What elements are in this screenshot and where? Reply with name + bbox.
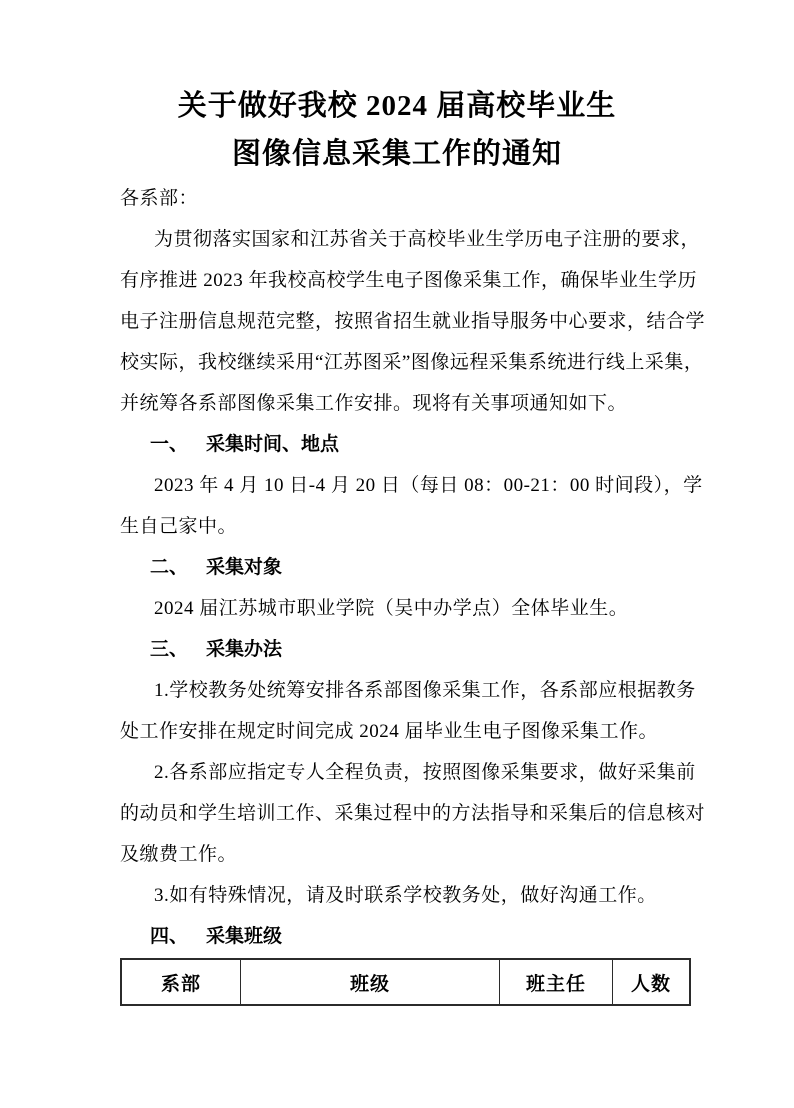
section-title: 采集办法 bbox=[206, 639, 282, 660]
class-table: 系部 班级 班主任 人数 bbox=[120, 958, 691, 1006]
section-2-line: 2024 届江苏城市职业学院（吴中办学点）全体毕业生。 bbox=[120, 588, 674, 629]
intro-line: 并统筹各系部图像采集工作安排。现将有关事项通知如下。 bbox=[120, 383, 674, 424]
document-page: 关于做好我校 2024 届高校毕业生 图像信息采集工作的通知 各系部： 为贯彻落… bbox=[0, 0, 794, 1006]
intro-line: 校实际，我校继续采用“江苏图采”图像远程采集系统进行线上采集， bbox=[120, 342, 674, 383]
section-1-line: 生自己家中。 bbox=[120, 506, 674, 547]
section-3-line: 处工作安排在规定时间完成 2024 届毕业生电子图像采集工作。 bbox=[120, 711, 674, 752]
table-header-teacher: 班主任 bbox=[500, 959, 613, 1005]
intro-line: 为贯彻落实国家和江苏省关于高校毕业生学历电子注册的要求， bbox=[120, 219, 674, 260]
section-3-line: 及缴费工作。 bbox=[120, 834, 674, 875]
document-title: 关于做好我校 2024 届高校毕业生 图像信息采集工作的通知 bbox=[120, 82, 674, 178]
section-number: 三、 bbox=[150, 639, 188, 660]
table-header-dept: 系部 bbox=[121, 959, 241, 1005]
section-3-line: 3.如有特殊情况，请及时联系学校教务处，做好沟通工作。 bbox=[120, 875, 674, 916]
section-heading-4: 四、采集班级 bbox=[120, 916, 674, 957]
section-heading-1: 一、采集时间、地点 bbox=[120, 424, 674, 465]
table-header-count: 人数 bbox=[613, 959, 691, 1005]
section-3-line: 1.学校教务处统筹安排各系部图像采集工作，各系部应根据教务 bbox=[120, 670, 674, 711]
section-heading-2: 二、采集对象 bbox=[120, 547, 674, 588]
intro-line: 有序推进 2023 年我校高校学生电子图像采集工作，确保毕业生学历 bbox=[120, 260, 674, 301]
section-title: 采集班级 bbox=[206, 926, 282, 947]
title-line-1: 关于做好我校 2024 届高校毕业生 bbox=[120, 82, 674, 130]
section-3-line: 的动员和学生培训工作、采集过程中的方法指导和采集后的信息核对 bbox=[120, 793, 674, 834]
section-heading-3: 三、采集办法 bbox=[120, 629, 674, 670]
section-3-line: 2.各系部应指定专人全程负责，按照图像采集要求，做好采集前 bbox=[120, 752, 674, 793]
table-header-class: 班级 bbox=[241, 959, 500, 1005]
table-header-row: 系部 班级 班主任 人数 bbox=[121, 959, 690, 1005]
section-number: 二、 bbox=[150, 557, 188, 578]
section-1-line: 2023 年 4 月 10 日-4 月 20 日（每日 08：00-21：00 … bbox=[120, 465, 674, 506]
section-title: 采集对象 bbox=[206, 557, 282, 578]
section-number: 四、 bbox=[150, 926, 188, 947]
intro-line: 电子注册信息规范完整，按照省招生就业指导服务中心要求，结合学 bbox=[120, 301, 674, 342]
section-title: 采集时间、地点 bbox=[206, 434, 339, 455]
salutation: 各系部： bbox=[120, 178, 674, 219]
title-line-2: 图像信息采集工作的通知 bbox=[120, 130, 674, 178]
section-number: 一、 bbox=[150, 434, 188, 455]
